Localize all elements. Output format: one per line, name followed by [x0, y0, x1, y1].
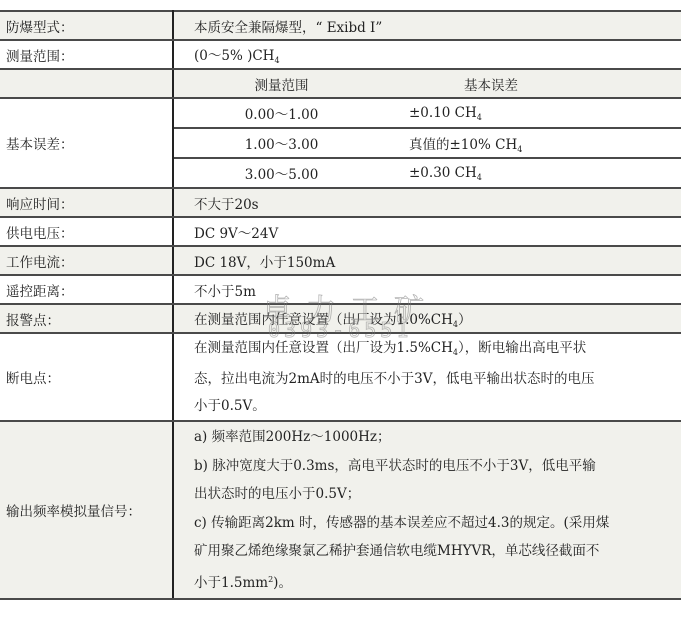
value-remote-distance: 不小于5m — [173, 275, 681, 304]
freq-line: 矿用聚乙烯绝缘聚氯乙稀护套通信软电缆MHYVR，单芯线径截面不 — [194, 537, 681, 566]
freq-line: c) 传输距离2km 时，传感器的基本误差应不超过4.3的规定。(采用煤 — [194, 509, 681, 538]
error-item: 3.00～5.00±0.30 CH4 — [174, 157, 681, 187]
value-freq-output: a) 频率范围200Hz～1000Hz； b) 脉冲宽度大于0.3ms，高电平状… — [173, 421, 681, 599]
basic-error-cell: 0.00～1.00±0.10 CH4 1.00～3.00真值的±10% CH4 … — [173, 98, 681, 188]
header-basic-error: 基本误差 — [389, 74, 518, 94]
label-cutoff-point: 断电点： — [0, 333, 173, 421]
error-header-cell: 测量范围基本误差 — [173, 69, 681, 98]
error-value: 真值的±10% CH4 — [389, 133, 522, 154]
value-supply-voltage: DC 9V～24V — [173, 217, 681, 246]
label-response-time: 响应时间： — [0, 188, 173, 217]
label-freq-output: 输出频率模拟量信号： — [0, 421, 173, 599]
label-remote-distance: 遥控距离： — [0, 275, 173, 304]
cutoff-line: 态，拉出电流为2mA时的电压不小于3V，低电平输出状态时的电压 — [194, 366, 681, 393]
measure-range-text: (0～5% )CH — [194, 48, 274, 64]
error-value: ±0.10 CH4 — [389, 105, 482, 122]
row-working-current: 工作电流： DC 18V，小于150mA — [0, 246, 681, 275]
row-response-time: 响应时间： 不大于20s — [0, 188, 681, 217]
error-value: ±0.30 CH4 — [389, 165, 482, 182]
value-alarm-point: 在测量范围内任意设置（出厂设为1.0%CH4） — [173, 304, 681, 333]
error-range: 1.00～3.00 — [174, 133, 389, 153]
value-cutoff-point: 在测量范围内任意设置（出厂设为1.5%CH4），断电输出高电平状 态，拉出电流为… — [173, 333, 681, 421]
label-explosion-type: 防爆型式： — [0, 11, 173, 40]
row-error-header: 测量范围基本误差 — [0, 69, 681, 98]
freq-line: b) 脉冲宽度大于0.3ms，高电平状态时的电压不小于3V，低电平输 — [194, 452, 681, 481]
subscript: 4 — [274, 56, 279, 65]
error-item: 1.00～3.00真值的±10% CH4 — [174, 127, 681, 157]
freq-line: a) 频率范围200Hz～1000Hz； — [194, 423, 681, 452]
row-remote-distance: 遥控距离： 不小于5m — [0, 275, 681, 304]
label-measure-range: 测量范围： — [0, 40, 173, 69]
header-measure-range: 测量范围 — [174, 74, 389, 94]
cutoff-line: 在测量范围内任意设置（出厂设为1.5%CH4），断电输出高电平状 — [194, 335, 681, 367]
value-explosion-type: 本质安全兼隔爆型，“ Exibd I” — [173, 11, 681, 40]
row-alarm-point: 报警点： 在测量范围内任意设置（出厂设为1.0%CH4） — [0, 304, 681, 333]
error-range: 3.00～5.00 — [174, 163, 389, 183]
label-working-current: 工作电流： — [0, 246, 173, 275]
spec-table: 防爆型式： 本质安全兼隔爆型，“ Exibd I” 测量范围： (0～5% )C… — [0, 10, 681, 600]
error-range: 0.00～1.00 — [174, 103, 389, 123]
label-alarm-point: 报警点： — [0, 304, 173, 333]
error-item: 0.00～1.00±0.10 CH4 — [174, 99, 681, 127]
row-cutoff-point: 断电点： 在测量范围内任意设置（出厂设为1.5%CH4），断电输出高电平状 态，… — [0, 333, 681, 421]
cutoff-line: 小于0.5V。 — [194, 393, 681, 420]
freq-line: 小于1.5mm2)。 — [194, 566, 681, 598]
row-freq-output: 输出频率模拟量信号： a) 频率范围200Hz～1000Hz； b) 脉冲宽度大… — [0, 421, 681, 599]
row-basic-error: 基本误差： 0.00～1.00±0.10 CH4 1.00～3.00真值的±10… — [0, 98, 681, 188]
label-basic-error: 基本误差： — [0, 98, 173, 188]
value-working-current: DC 18V，小于150mA — [173, 246, 681, 275]
value-response-time: 不大于20s — [173, 188, 681, 217]
label-empty — [0, 69, 173, 98]
row-measure-range: 测量范围： (0～5% )CH4 — [0, 40, 681, 69]
value-measure-range: (0～5% )CH4 — [173, 40, 681, 69]
label-supply-voltage: 供电电压： — [0, 217, 173, 246]
row-supply-voltage: 供电电压： DC 9V～24V — [0, 217, 681, 246]
row-explosion-type: 防爆型式： 本质安全兼隔爆型，“ Exibd I” — [0, 11, 681, 40]
freq-line: 出状态时的电压小于0.5V； — [194, 480, 681, 509]
